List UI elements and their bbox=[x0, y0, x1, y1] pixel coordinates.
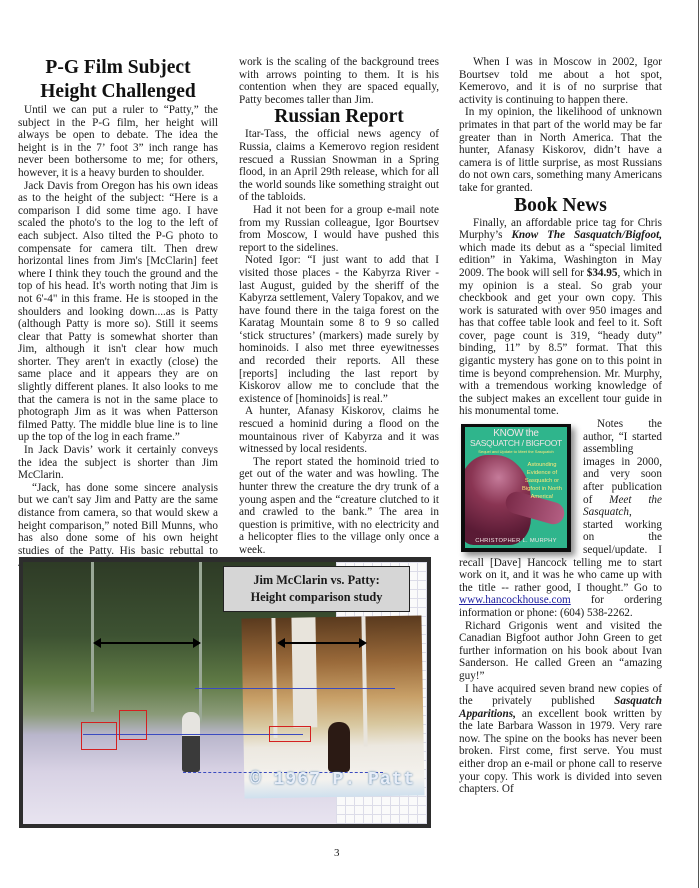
article-paragraph: Finally, an affordable price tag for Chr… bbox=[459, 217, 662, 419]
book-cover-title-2: SASQUATCH / BIGFOOT bbox=[465, 439, 567, 448]
blue-reference-line bbox=[195, 688, 395, 689]
page-edge-line bbox=[698, 0, 699, 888]
article-paragraph: Noted Igor: “I just want to add that I v… bbox=[239, 254, 439, 405]
red-measurement-box bbox=[269, 726, 311, 742]
book-cover-image: KNOW the SASQUATCH / BIGFOOT Sequel and … bbox=[459, 424, 577, 554]
article-paragraph: Until we can put a ruler to “Patty,” the… bbox=[18, 104, 218, 180]
headline-russian-report: Russian Report bbox=[239, 106, 439, 128]
tree-marker-line bbox=[91, 562, 94, 712]
red-measurement-box bbox=[119, 710, 147, 740]
jim-mcclarin-figure bbox=[182, 712, 200, 772]
red-measurement-box bbox=[81, 722, 117, 750]
figure-caption-line-1: Jim McClarin vs. Patty: bbox=[224, 572, 409, 589]
article-paragraph: The report stated the hominoid tried to … bbox=[239, 456, 439, 557]
article-paragraph: In Jack Davis’ work it certainly conveys… bbox=[18, 444, 218, 482]
article-paragraph: Jack Davis from Oregon has his own ideas… bbox=[18, 180, 218, 444]
headline-line-2: Height Challenged bbox=[40, 81, 195, 102]
column-1: P-G Film Subject Height Challenged Until… bbox=[18, 56, 218, 570]
article-paragraph: Richard Grigonis went and visited the Ca… bbox=[459, 620, 662, 683]
double-arrow-icon bbox=[95, 642, 199, 644]
price: $34.95 bbox=[587, 267, 618, 279]
headline-pg-film: P-G Film Subject Height Challenged bbox=[18, 56, 218, 104]
article-paragraph: In my opinion, the likelihood of unknown… bbox=[459, 106, 662, 194]
book-cover-art: KNOW the SASQUATCH / BIGFOOT Sequel and … bbox=[465, 427, 567, 548]
headline-book-news: Book News bbox=[459, 195, 662, 217]
column-3: When I was in Moscow in 2002, Igor Bourt… bbox=[459, 56, 662, 796]
book-title: Know The Sasquatch/Bigfoot, bbox=[511, 229, 662, 241]
figure-caption-line-2: Height comparison study bbox=[224, 589, 409, 606]
hancockhouse-link[interactable]: www.hancockhouse.com bbox=[459, 594, 571, 606]
text: an excellent book written by the late Ba… bbox=[459, 708, 662, 796]
article-paragraph: When I was in Moscow in 2002, Igor Bourt… bbox=[459, 56, 662, 106]
tree bbox=[361, 616, 367, 746]
page-number: 3 bbox=[334, 847, 340, 859]
text: , which in my opinion is a steal. So gra… bbox=[459, 267, 662, 418]
patty-figure bbox=[328, 722, 350, 772]
book-cover-author: CHRISTOPHER L. MURPHY bbox=[465, 538, 567, 545]
article-paragraph: Itar-Tass, the official news agency of R… bbox=[239, 128, 439, 204]
book-cover-blurb: Astounding Evidence of Sasquatch or Bigf… bbox=[519, 461, 565, 501]
double-arrow-icon bbox=[279, 642, 365, 644]
article-paragraph: I have acquired seven brand new copies o… bbox=[459, 683, 662, 796]
figure-caption-box: Jim McClarin vs. Patty: Height compariso… bbox=[223, 566, 410, 612]
article-paragraph: Had it not been for a group e-mail note … bbox=[239, 204, 439, 254]
book-cover-subtitle: Sequel and Update to Meet the Sasquatch bbox=[465, 449, 567, 454]
tree bbox=[271, 618, 277, 738]
film-watermark: © 1967 P. Patt bbox=[250, 770, 415, 790]
text: Notes the author, “I started assembling … bbox=[583, 418, 662, 506]
article-paragraph-continued: work is the scaling of the background tr… bbox=[239, 56, 439, 106]
tree bbox=[291, 617, 317, 727]
headline-line-1: P-G Film Subject bbox=[45, 57, 190, 78]
column-2: work is the scaling of the background tr… bbox=[239, 56, 439, 557]
book-cover: KNOW the SASQUATCH / BIGFOOT Sequel and … bbox=[461, 424, 571, 552]
article-paragraph: A hunter, Afanasy Kiskorov, claims he re… bbox=[239, 405, 439, 455]
